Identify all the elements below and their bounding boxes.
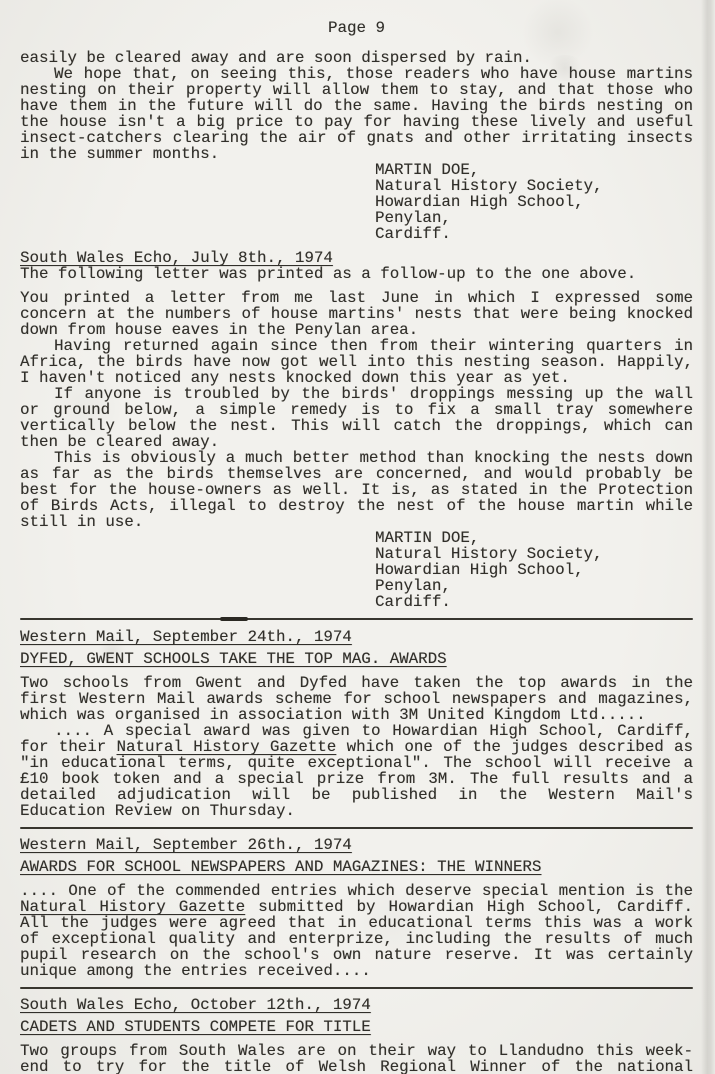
intro-hope-paragraph: We hope that, on seeing this, those read… [20, 66, 693, 162]
heading-text: South Wales Echo, October 12th., 1974 [20, 996, 371, 1014]
headline-cadets-students: CADETS AND STUDENTS COMPETE FOR TITLE [20, 1019, 693, 1035]
headline-text: AWARDS FOR SCHOOL NEWSPAPERS AND MAGAZIN… [20, 858, 541, 876]
signature-city: Cardiff. [375, 226, 693, 242]
section-divider-1 [20, 618, 693, 620]
echo-july-paragraph-1: You printed a letter from me last June i… [20, 290, 693, 338]
section-divider-2 [20, 827, 693, 829]
section-heading-mail-sept26: Western Mail, September 26th., 1974 [20, 837, 693, 853]
headline-text: CADETS AND STUDENTS COMPETE FOR TITLE [20, 1018, 371, 1036]
page-content: Page 9 easily be cleared away and are so… [0, 0, 715, 1074]
section-divider-3 [20, 987, 693, 989]
echo-october-paragraph-1: Two groups from South Wales are on their… [20, 1043, 693, 1074]
section-heading-mail-sept24: Western Mail, September 24th., 1974 [20, 629, 693, 645]
signature-society: Natural History Society, [375, 546, 693, 562]
signature-district: Penylan, [375, 210, 693, 226]
signature-society: Natural History Society, [375, 178, 693, 194]
echo-july-paragraph-2: Having returned again since then from th… [20, 338, 693, 386]
mail-sept24-paragraph-2: .... A special award was given to Howard… [20, 723, 693, 819]
heading-text: Western Mail, September 24th., 1974 [20, 628, 352, 646]
signature-school: Howardian High School, [375, 194, 693, 210]
intro-continuation-paragraph: easily be cleared away and are soon disp… [20, 50, 693, 66]
echo-july-lede: The following letter was printed as a fo… [20, 266, 693, 282]
signature-district: Penylan, [375, 578, 693, 594]
headline-dyfed-gwent: DYFED, GWENT SCHOOLS TAKE THE TOP MAG. A… [20, 651, 693, 667]
scanned-newsletter-page: Page 9 easily be cleared away and are so… [0, 0, 715, 1074]
section-heading-echo-october: South Wales Echo, October 12th., 1974 [20, 997, 693, 1013]
echo-july-paragraph-4: This is obviously a much better method t… [20, 450, 693, 530]
signature-school: Howardian High School, [375, 562, 693, 578]
mail-sept24-paragraph-1: Two schools from Gwent and Dyfed have ta… [20, 675, 693, 723]
signature-block-2: MARTIN DOE, Natural History Society, How… [375, 530, 693, 610]
heading-text: Western Mail, September 26th., 1974 [20, 836, 352, 854]
signature-block-1: MARTIN DOE, Natural History Society, How… [375, 162, 693, 242]
section-heading-echo-july: South Wales Echo, July 8th., 1974 [20, 250, 693, 266]
headline-text: DYFED, GWENT SCHOOLS TAKE THE TOP MAG. A… [20, 650, 447, 668]
echo-july-paragraph-3: If anyone is troubled by the birds' drop… [20, 386, 693, 450]
headline-awards-winners: AWARDS FOR SCHOOL NEWSPAPERS AND MAGAZIN… [20, 859, 693, 875]
signature-name: MARTIN DOE, [375, 530, 693, 546]
signature-name: MARTIN DOE, [375, 162, 693, 178]
mail-sept26-paragraph-1: .... One of the commended entries which … [20, 883, 693, 979]
signature-city: Cardiff. [375, 594, 693, 610]
page-number: Page 9 [20, 20, 693, 36]
